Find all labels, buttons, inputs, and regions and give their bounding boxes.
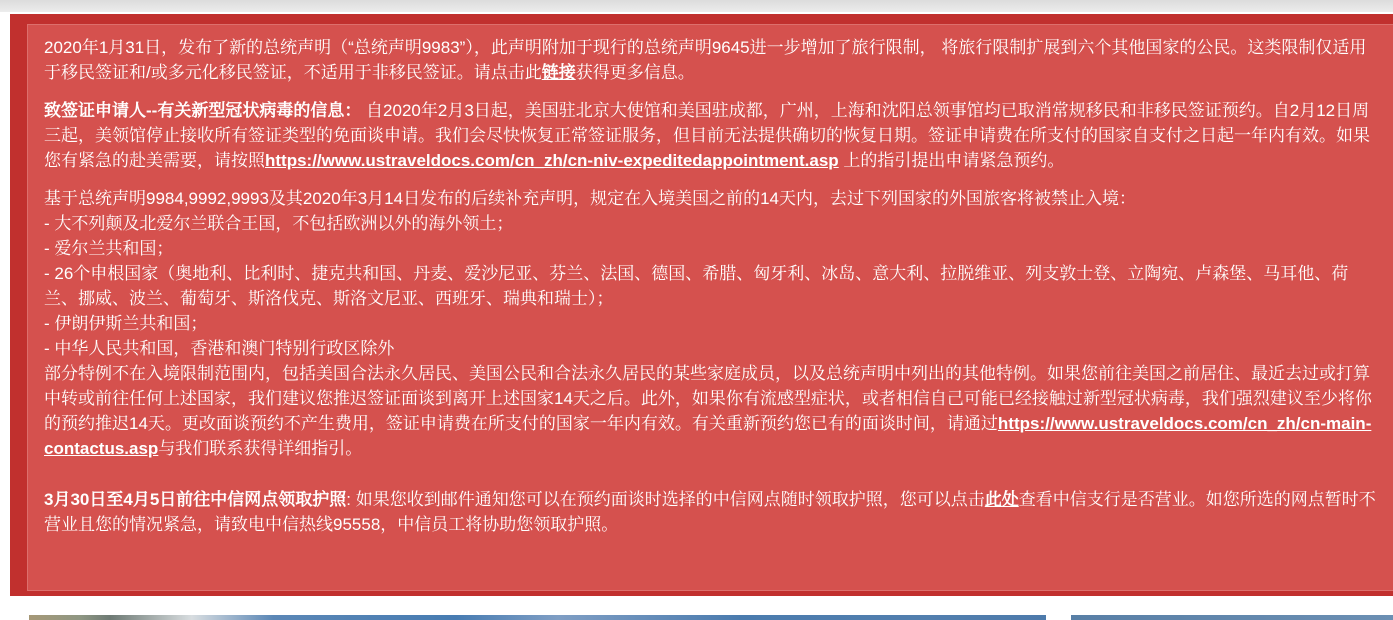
photo-thumbnail-left <box>29 615 1046 620</box>
alert-banner-frame: 2020年1月31日，发布了新的总统声明（“总统声明9983”），此声明附加于现… <box>10 14 1393 596</box>
notice-text: 2020年1月31日，发布了新的总统声明（“总统声明9983”），此声明附加于现… <box>44 38 1366 82</box>
inline-link[interactable]: 此处 <box>985 490 1019 509</box>
notice-text: 基于总统声明9984,9992,9993及其2020年3月14日发布的后续补充声… <box>44 189 1372 433</box>
inline-link[interactable]: https://www.ustraveldocs.com/cn_zh/cn-ni… <box>265 151 839 170</box>
alert-banner: 2020年1月31日，发布了新的总统声明（“总统声明9983”），此声明附加于现… <box>27 24 1393 591</box>
entry-ban-countries-notice: 基于总统声明9984,9992,9993及其2020年3月14日发布的后续补充声… <box>44 186 1379 461</box>
notice-text: 致签证申请人--有关新型冠状病毒的信息： <box>44 101 361 120</box>
notice-text: 上的指引提出申请紧急预约。 <box>839 151 1065 170</box>
photo-thumbnail-right <box>1071 615 1393 620</box>
partially-visible-content-row <box>0 615 1393 620</box>
notice-text: 3月30日至4月5日前往中信网点领取护照 <box>44 490 346 509</box>
covid-visa-applicants-notice: 致签证申请人--有关新型冠状病毒的信息： 自2020年2月3日起，美国驻北京大使… <box>44 98 1379 173</box>
visa-notice-page: { "colors": { "banner_background": "#d55… <box>0 0 1393 620</box>
notice-text: : 如果您收到邮件通知您可以在预约面谈时选择的中信网点随时领取护照，您可以点击 <box>346 490 984 509</box>
notice-text: 与我们联系获得详细指引。 <box>158 439 362 458</box>
proclamation-9983-notice: 2020年1月31日，发布了新的总统声明（“总统声明9983”），此声明附加于现… <box>44 35 1379 85</box>
inline-link[interactable]: 链接 <box>542 63 576 82</box>
notice-text: 获得更多信息。 <box>576 63 695 82</box>
page-top-divider <box>0 0 1393 12</box>
citic-passport-pickup-notice: 3月30日至4月5日前往中信网点领取护照: 如果您收到邮件通知您可以在预约面谈时… <box>44 487 1379 537</box>
